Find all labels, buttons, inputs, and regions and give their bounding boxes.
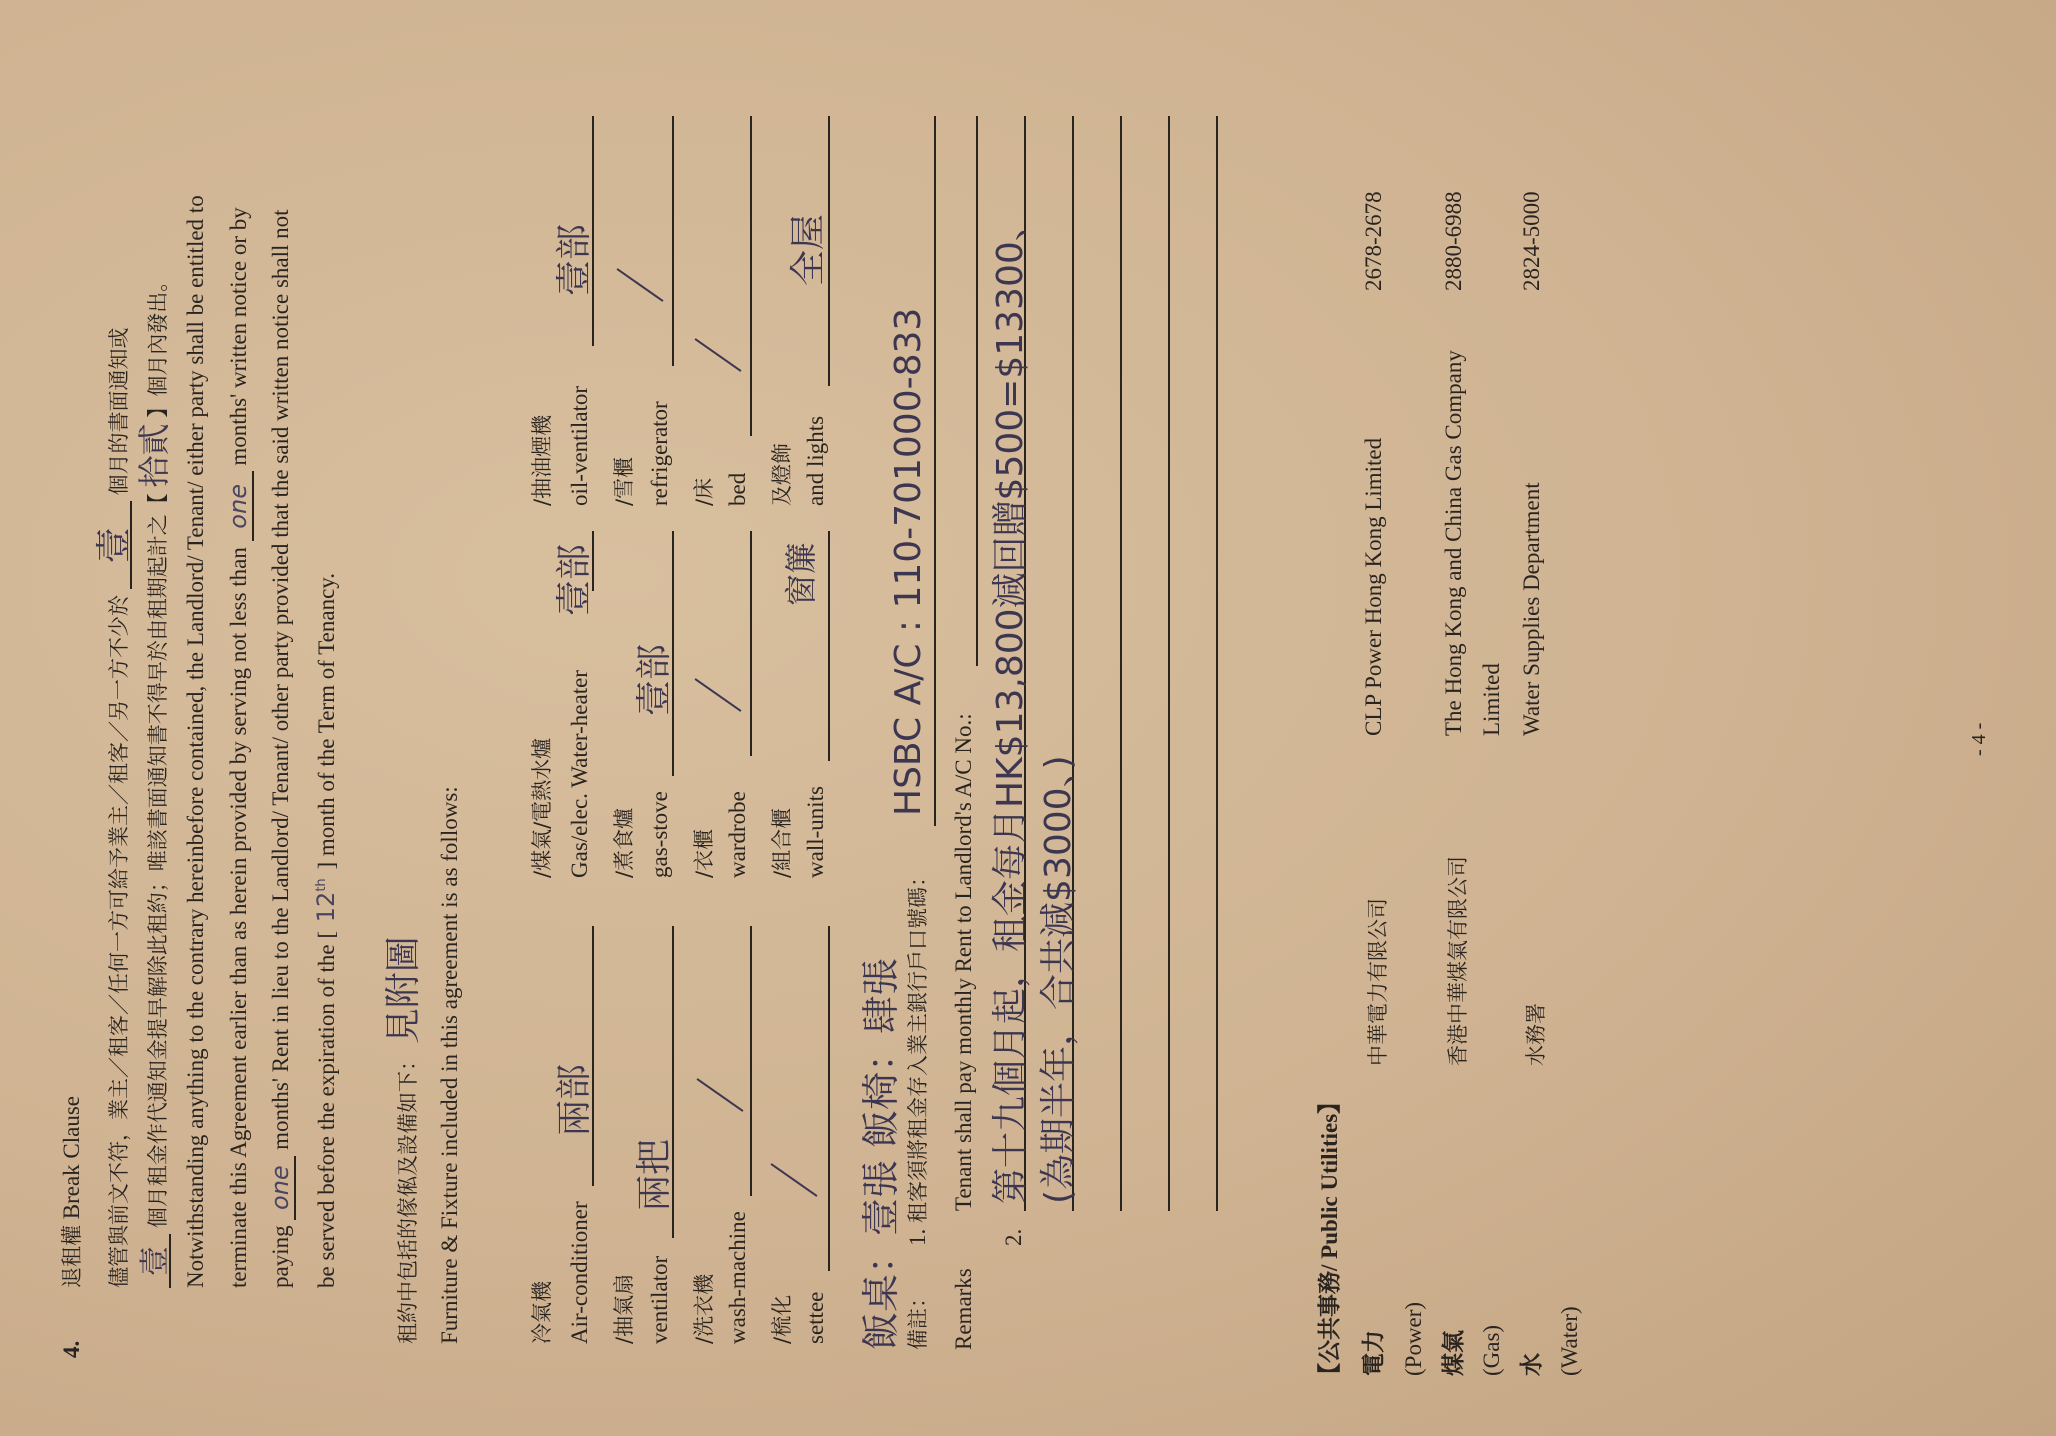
utility-company-en-cont: Limited [1478,663,1506,736]
en-line-3: paying one months' Rent in lieu to the L… [266,209,296,1288]
item-label-zh: /抽氣扇 [608,1274,638,1344]
utility-phone: 2678-2678 [1360,191,1388,291]
text: 個月的書面通知或 [107,328,131,496]
dining-table-chairs-note: 飯桌：壹張 飯椅：肆張 [850,958,905,1350]
item-label-en: oil-ventilator [566,386,594,506]
fill-line [934,116,936,826]
utility-company-en: CLP Power Hong Kong Limited [1360,438,1388,736]
text: months' written notice or by [226,207,251,465]
utility-type-zh: 水 [1518,1353,1546,1376]
furniture-heading-zh: 租約中包括的傢俬及設備如下： 見附圖 [390,936,422,1344]
utility-company-zh: 香港中華煤氣有限公司 [1442,856,1472,1066]
item-label-en: wash-machine [724,1211,752,1344]
none-slash-mark [616,268,663,302]
item-label-en: Air-conditioner [566,1201,594,1344]
item-label-zh: /煮食爐 [608,808,638,878]
item-label-en: refrigerator [646,401,674,506]
item-label-en: bed [724,473,752,506]
text: months' Rent in lieu to the Landlord/ Te… [268,209,293,1149]
air-conditioner-value: 兩部 [546,1064,597,1136]
fill-line [1120,116,1122,1211]
text: 租客須將租金存入業主銀行戶口號碼： [906,866,930,1223]
text: 備註： [906,1287,930,1350]
remark-2-line-1: 第十九個月起，租金每月HK$13,800減回贈$500=$13300、 [982,205,1033,1204]
item-label-zh: /抽油煙機 [526,415,556,506]
public-utilities-heading: 【公共事務/ Public Utilities】 [1316,1091,1344,1386]
item-label-zh: /洗衣機 [688,1274,718,1344]
text: 個月租金作代通知金提早解除此租約；唯該書面通知書不得早於由租期起計之【 [146,493,170,1228]
text: 租約中包括的傢俬及設備如下： [396,1050,420,1344]
item-label-en: Gas/elec. Water-heater [566,670,594,878]
text: terminate this Agreement earlier than as… [226,547,251,1288]
rent-months-fill: 壹 [143,1234,171,1288]
en-line-1: Notwithstanding anything to the contrary… [182,195,210,1288]
item-label-zh: /煤氣/電熱水爐 [526,738,556,878]
item-label-en: ventilator [646,1256,674,1344]
utility-company-zh: 水務署 [1520,1003,1550,1066]
month-fill: 12th [308,875,340,925]
document-page: 4. 退租權 Break Clause 儘管與前文不符，業主／租客／任何一方可給… [0,0,2056,1436]
utility-phone: 2824-5000 [1518,191,1546,291]
item-label-zh: /雪櫃 [608,457,638,506]
fill-line [1216,116,1218,1211]
remark-1-zh: 1. 租客須將租金存入業主銀行戶口號碼： [904,866,932,1246]
text: be served before the expiration of the [ [314,931,339,1288]
fill-line [976,116,978,666]
item-number: 1. [905,1229,930,1246]
zh-line-2: 壹 個月租金作代通知金提早解除此租約；唯該書面通知書不得早於由租期起計之【 拾貳… [140,271,172,1288]
remarks-zh-label: 備註： [904,1287,932,1350]
break-clause-heading: 退租權 Break Clause [58,1096,86,1288]
utility-type-en: (Water) [1556,1306,1584,1376]
ordinal-suffix: th [314,878,329,891]
fill-line [750,531,752,756]
lights-value: 全屋 [780,214,831,286]
utility-phone: 2880-6988 [1440,191,1468,291]
notice-months-fill: 壹 [100,501,132,589]
item-label-en: wardrobe [724,791,752,878]
rent-en-fill: one [266,1156,296,1220]
none-slash-mark [694,678,741,712]
remark-2-line-2: (為期半年，合共減$3000、) [1030,755,1081,1204]
ventilator-value: 兩把 [626,1139,677,1211]
bank-account-fill: HSBC A/C : 110-701000-833 [888,308,929,816]
fill-line [750,926,752,1196]
utility-type-en: (Power) [1400,1302,1428,1376]
utility-company-en: Water Supplies Department [1518,482,1546,736]
item-label-zh: /梳化 [766,1295,796,1344]
fill-line [592,926,594,1186]
item-label-en: settee [802,1292,830,1344]
oil-ventilator-value: 壹部 [546,224,597,296]
fill-line [828,926,830,1271]
utility-company-zh: 中華電力有限公司 [1362,898,1392,1066]
item-label-zh: /床 [688,478,718,506]
fill-line [1168,116,1170,1211]
text: 儘管與前文不符，業主／租客／任何一方可給予業主／租客／另一方不少於 [107,595,131,1288]
photo-frame: 4. 退租權 Break Clause 儘管與前文不符，業主／租客／任何一方可給… [0,0,2056,1436]
water-heater-value: 壹部 [546,544,597,616]
zh-line-1: 儘管與前文不符，業主／租客／任何一方可給予業主／租客／另一方不少於 壹 個月的書… [100,328,133,1289]
page-number: - 4 - [1965,723,1993,756]
item-label-en: and lights [802,416,830,506]
fill-line [672,116,674,366]
see-attached-fill: 見附圖 [383,936,424,1044]
item-label-en: wall-units [802,786,830,878]
remarks-en-label: Remarks [950,1268,978,1350]
utility-company-en: The Hong Kong and China Gas Company [1440,350,1468,736]
utility-type-en: (Gas) [1478,1325,1506,1376]
clause-number: 4. [58,1341,86,1358]
none-slash-mark [694,338,741,372]
heading-en: Break Clause [59,1096,84,1219]
en-line-4: be served before the expiration of the [… [308,573,341,1288]
item-label-zh: /組合櫃 [766,808,796,878]
fill-line [828,531,830,761]
remark-2-number: 2. [1000,1229,1028,1246]
curtains-handwritten: 窗簾 [776,542,822,606]
remark-1-en: Tenant shall pay monthly Rent to Landlor… [950,713,978,1211]
min-months-fill: 拾貳 [135,423,173,487]
item-label-en: gas-stove [646,791,674,878]
furniture-heading-en: Furniture & Fixture included in this agr… [436,786,464,1344]
heading-zh: 退租權 [60,1225,84,1288]
none-slash-mark [770,1163,817,1197]
utility-type-zh: 煤氣 [1440,1330,1468,1376]
gas-stove-value: 壹部 [626,644,677,716]
text: 】個月內發出。 [146,271,170,418]
utility-type-zh: 電力 [1360,1330,1388,1376]
text: ] month of the Term of Tenancy. [314,573,339,870]
month-number: 12 [312,892,340,923]
fill-line [750,116,752,436]
none-slash-mark [696,1078,743,1112]
item-label-zh: /衣櫃 [688,829,718,878]
text: paying [268,1225,293,1288]
item-label-zh: 冷氣機 [526,1281,556,1344]
item-label-zh: 及燈飾 [766,443,796,506]
notice-en-fill: one [224,471,254,541]
en-line-2: terminate this Agreement earlier than as… [224,207,254,1288]
